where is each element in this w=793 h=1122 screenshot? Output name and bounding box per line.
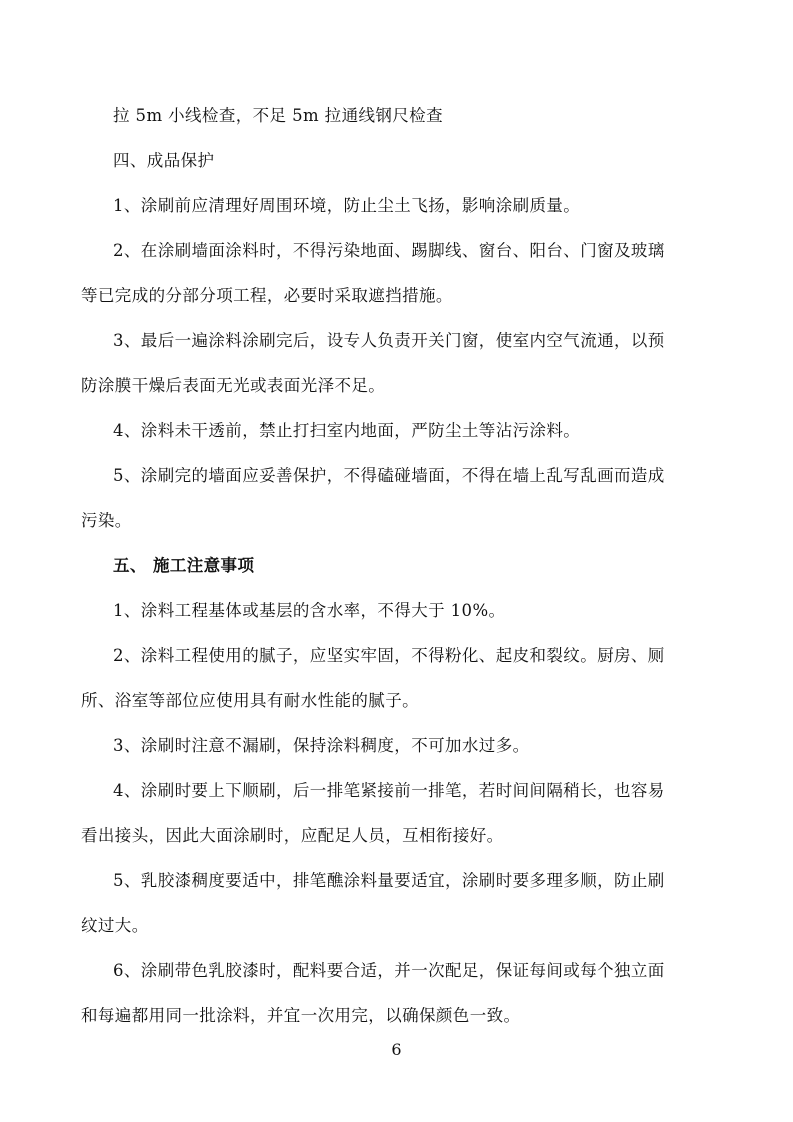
- paragraph-line: 2、在涂刷墙面涂料时，不得污染地面、踢脚线、窗台、阳台、门窗及玻璃: [113, 241, 665, 261]
- paragraph-line: 等已完成的分部分项工程，必要时采取遮挡措施。: [81, 286, 453, 306]
- paragraph-line: 4、涂刷时要上下顺刷，后一排笔紧接前一排笔，若时间间隔稍长，也容易: [113, 781, 665, 801]
- paragraph-line: 1、涂料工程基体或基层的含水率，不得大于 10%。: [113, 601, 505, 621]
- document-page: 拉 5m 小线检查，不足 5m 拉通线钢尺检查 四、成品保护 1、涂刷前应清理好…: [0, 0, 793, 1122]
- paragraph-line: 2、涂料工程使用的腻子，应坚实牢固，不得粉化、起皮和裂纹。厨房、厕: [113, 646, 665, 666]
- paragraph-line: 和每遍都用同一批涂料，并宜一次用完，以确保颜色一致。: [81, 1006, 520, 1026]
- paragraph-line: 5、乳胶漆稠度要适中，排笔醮涂料量要适宜，涂刷时要多理多顺，防止刷: [113, 871, 665, 891]
- section-heading-product-protection: 四、成品保护: [113, 151, 214, 171]
- paragraph-line: 5、涂刷完的墙面应妥善保护，不得磕碰墙面，不得在墙上乱写乱画而造成: [113, 466, 665, 486]
- paragraph-line: 看出接头，因此大面涂刷时，应配足人员，互相衔接好。: [81, 826, 504, 846]
- section-heading-construction-notes: 五、 施工注意事项: [113, 556, 254, 576]
- paragraph-line: 1、涂刷前应清理好周围环境，防止尘土飞扬，影响涂刷质量。: [113, 196, 580, 216]
- paragraph-line: 纹过大。: [81, 916, 149, 936]
- paragraph-line: 污染。: [81, 511, 132, 531]
- paragraph-line: 6、涂刷带色乳胶漆时，配料要合适，并一次配足，保证每间或每个独立面: [113, 961, 665, 981]
- paragraph-line: 4、涂料未干透前，禁止打扫室内地面，严防尘土等沾污涂料。: [113, 421, 580, 441]
- page-number: 6: [0, 1040, 793, 1060]
- paragraph-line: 拉 5m 小线检查，不足 5m 拉通线钢尺检查: [113, 106, 443, 126]
- paragraph-line: 防涂膜干燥后表面无光或表面光泽不足。: [81, 376, 385, 396]
- paragraph-line: 所、浴室等部位应使用具有耐水性能的腻子。: [81, 691, 419, 711]
- paragraph-line: 3、涂刷时注意不漏刷，保持涂料稠度，不可加水过多。: [113, 736, 530, 756]
- paragraph-line: 3、最后一遍涂料涂刷完后，设专人负责开关门窗，使室内空气流通，以预: [113, 331, 665, 351]
